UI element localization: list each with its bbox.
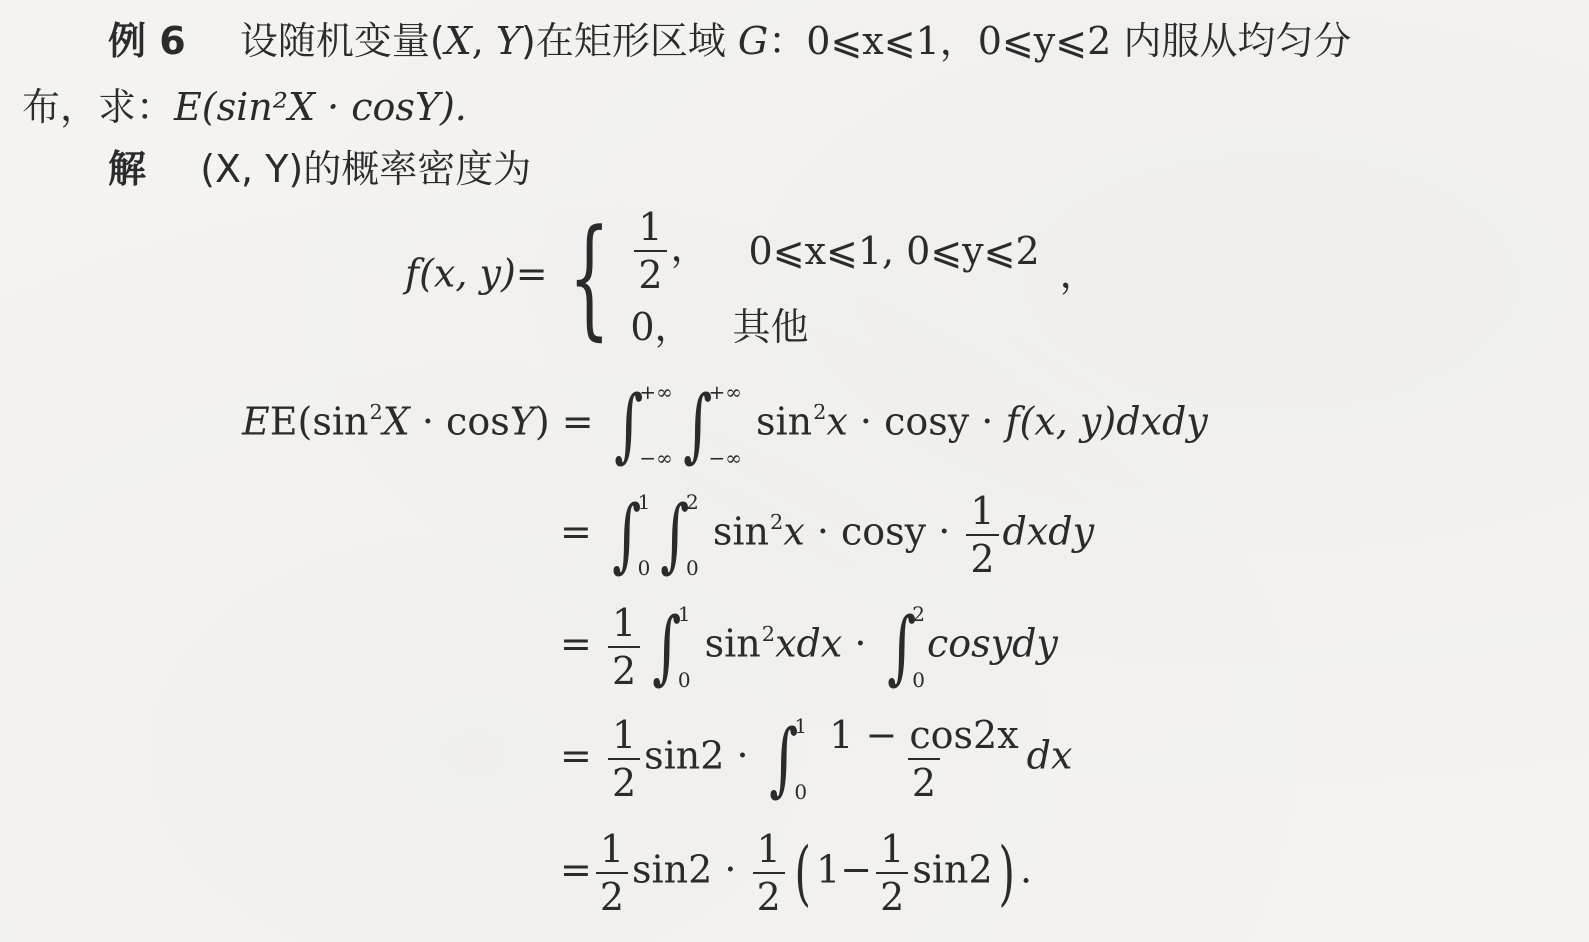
case-2-condition: 其他 <box>733 308 809 346</box>
statement-prefix: 布，求： <box>22 85 174 129</box>
solution-label: 解 <box>108 147 146 191</box>
textbook-page: 例 6 设随机变量(X, Y)在矩形区域 G：0⩽x⩽1，0⩽y⩽2 内服从均匀… <box>0 0 1589 942</box>
example-statement-line2: 布，求：E(sin²X · cosY). <box>22 88 467 126</box>
density-trailing: ， <box>1060 252 1098 296</box>
case-2-value: 0， <box>630 308 692 346</box>
right-paren-icon: ) <box>998 838 1014 908</box>
example-label: 例 6 <box>108 19 186 63</box>
expectation-expr: E(sin²X · cosY). <box>174 85 467 129</box>
region-text: )在矩形区域 <box>521 19 738 63</box>
integral-sign-icon: ∫10 <box>646 604 690 690</box>
left-brace-icon: { <box>568 212 609 342</box>
fraction-half: 12 <box>608 604 640 690</box>
integral-sign-icon: ∫10 <box>606 492 650 578</box>
fraction-half: 1 2 <box>634 208 666 294</box>
case-2: 0， 其他 <box>630 308 1039 346</box>
integral-sign-icon: ∫+∞−∞ <box>608 382 673 468</box>
case-1: 1 2 ， 0⩽x⩽1, 0⩽y⩽2 <box>630 208 1039 294</box>
fraction-half: 12 <box>876 830 908 916</box>
step-2: = ∫10∫20 sin2x · cosy · 12dxdy <box>560 492 1094 578</box>
statement-intro: 设随机变量( <box>240 19 445 63</box>
region-condition: ：0⩽x⩽1，0⩽y⩽2 <box>768 19 1111 63</box>
fraction-half: 12 <box>753 830 785 916</box>
integral-sign-icon: ∫+∞−∞ <box>677 382 742 468</box>
step-3: = 12∫10 sin2xdx · ∫20cosydy <box>560 604 1058 690</box>
step-5: =12sin2 · 12(1−12sin2). <box>560 830 1032 916</box>
statement-tail: 内服从均匀分 <box>1111 19 1351 63</box>
fraction-half: 12 <box>966 492 998 578</box>
example-statement-line1: 例 6 设随机变量(X, Y)在矩形区域 G：0⩽x⩽1，0⩽y⩽2 内服从均匀… <box>108 22 1351 60</box>
var-X: X <box>445 19 472 63</box>
density-function: f(x, y)={ 1 2 ， 0⩽x⩽1, 0⩽y⩽2 0， 其他 ， <box>405 208 1098 346</box>
step-4: = 12sin2 · ∫10 1 − cos2x2dx <box>560 716 1072 802</box>
fraction-one-minus-cos2x: 1 − cos2x2 <box>825 716 1022 802</box>
integral-sign-icon: ∫20 <box>881 604 925 690</box>
integral-sign-icon: ∫20 <box>654 492 698 578</box>
case-1-condition: 0⩽x⩽1, 0⩽y⩽2 <box>749 232 1040 270</box>
comma: , <box>472 19 496 63</box>
integral-sign-icon: ∫10 <box>763 716 807 802</box>
solution-intro: 解 (X, Y)的概率密度为 <box>108 150 531 188</box>
fraction-half: 12 <box>608 716 640 802</box>
var-Y: Y <box>496 19 521 63</box>
density-cases: 1 2 ， 0⩽x⩽1, 0⩽y⩽2 0， 其他 <box>630 208 1039 346</box>
fraction-half: 12 <box>596 830 628 916</box>
solution-intro-text: (X, Y)的概率密度为 <box>200 147 531 191</box>
density-lhs: f(x, y)= <box>405 252 548 296</box>
left-paren-icon: ( <box>794 838 810 908</box>
var-G: G <box>738 19 768 63</box>
step-1: EE(sin2XX · cosY) = · cosY) = ∫+∞−∞∫+∞−∞… <box>242 382 1208 468</box>
